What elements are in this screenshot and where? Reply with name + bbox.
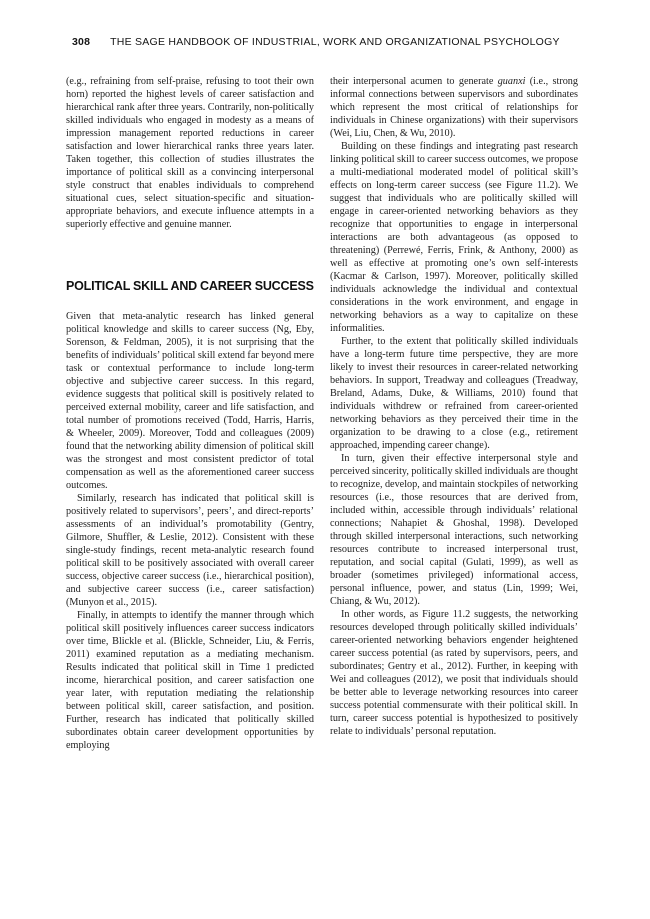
two-column-layout: (e.g., refraining from self-praise, refu…	[66, 75, 578, 752]
paragraph: Given that meta-analytic research has li…	[66, 310, 314, 492]
paragraph: Finally, in attempts to identify the man…	[66, 609, 314, 752]
paragraph-continuation: their interpersonal acumen to generate g…	[330, 75, 578, 140]
book-page: 308 THE SAGE HANDBOOK OF INDUSTRIAL, WOR…	[0, 0, 650, 919]
paragraph: Similarly, research has indicated that p…	[66, 492, 314, 609]
section-heading: POLITICAL SKILL AND CAREER SUCCESS	[66, 280, 314, 293]
text-run: their interpersonal acumen to generate	[330, 76, 498, 87]
italic-term-guanxi: guanxi	[498, 76, 526, 87]
paragraph-continuation: (e.g., refraining from self-praise, refu…	[66, 75, 314, 231]
right-column: their interpersonal acumen to generate g…	[330, 75, 578, 752]
page-header: 308 THE SAGE HANDBOOK OF INDUSTRIAL, WOR…	[72, 36, 592, 48]
paragraph: In other words, as Figure 11.2 suggests,…	[330, 608, 578, 738]
paragraph: Further, to the extent that politically …	[330, 335, 578, 452]
paragraph: In turn, given their effective interpers…	[330, 452, 578, 608]
running-title: THE SAGE HANDBOOK OF INDUSTRIAL, WORK AN…	[110, 36, 560, 48]
left-column: (e.g., refraining from self-praise, refu…	[66, 75, 314, 752]
paragraph: Building on these findings and integrati…	[330, 140, 578, 335]
page-number: 308	[72, 36, 90, 48]
